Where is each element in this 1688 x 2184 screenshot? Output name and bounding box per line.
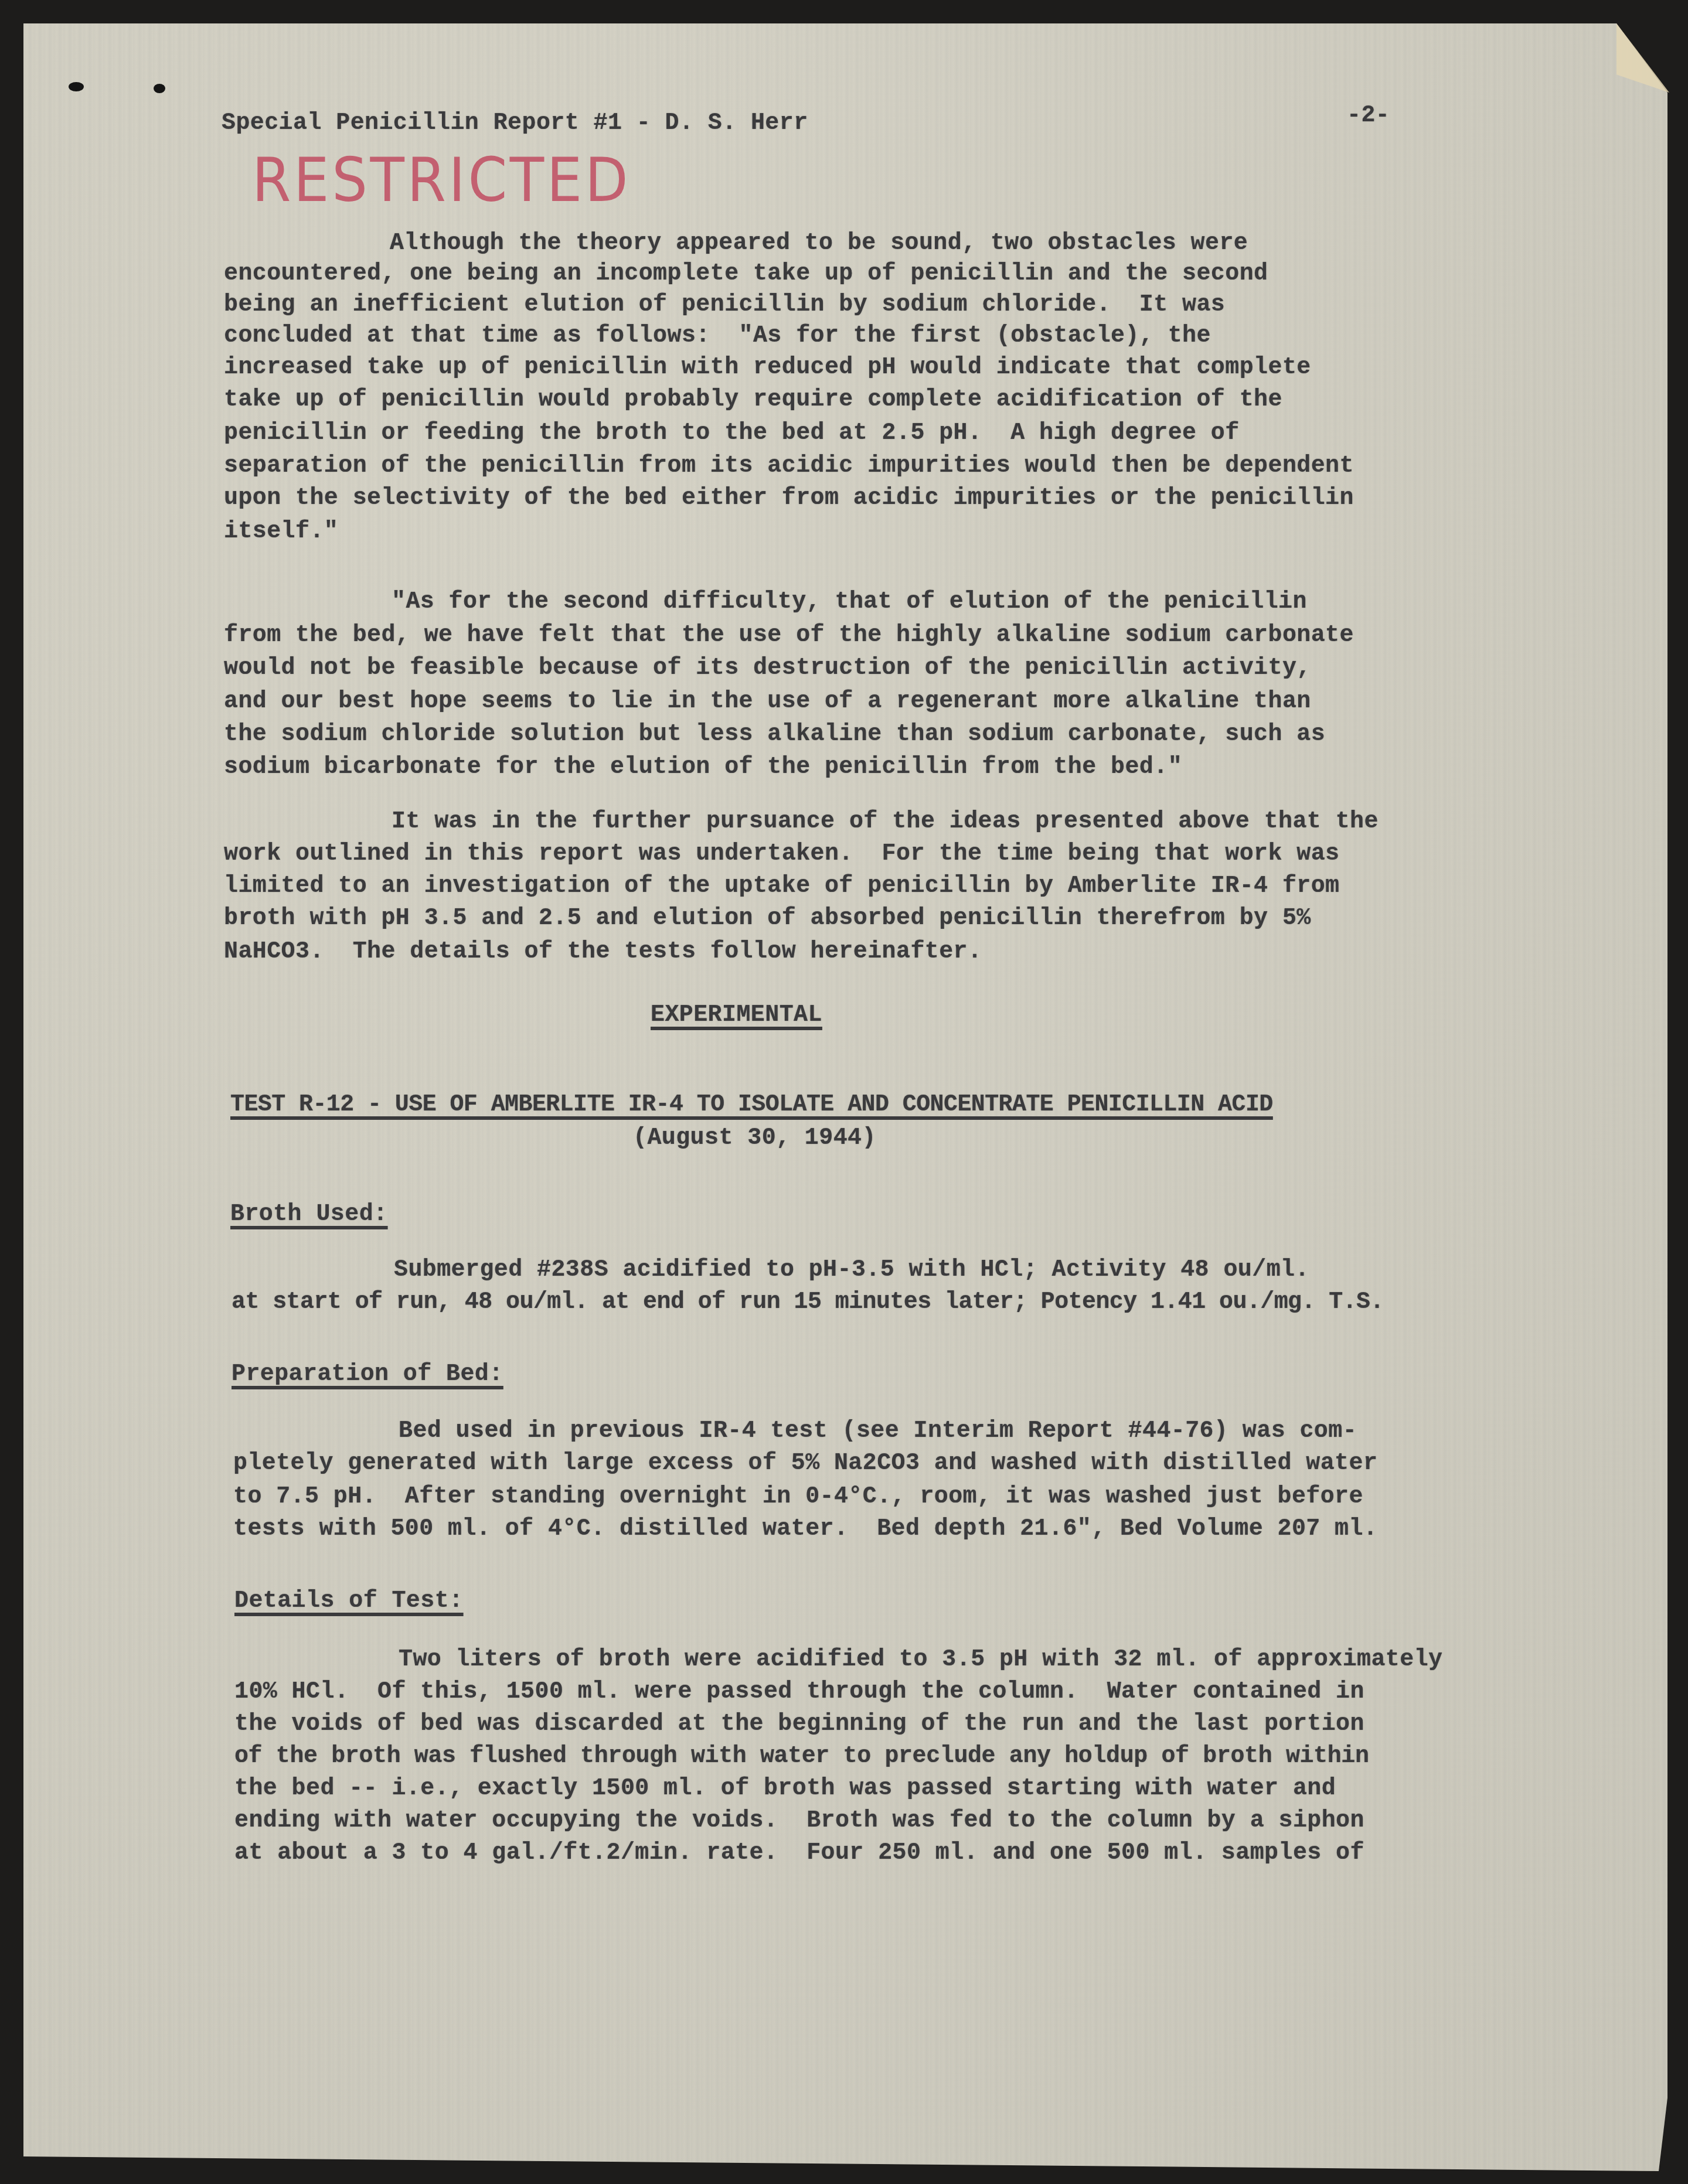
text-line: increased take up of penicillin with red… <box>224 352 1311 384</box>
details-of-test-heading: Details of Test: <box>234 1585 463 1617</box>
text-line: encountered, one being an incomplete tak… <box>224 258 1268 290</box>
text-line: to 7.5 pH. After standing overnight in 0… <box>233 1481 1363 1513</box>
text-line: being an inefficient elution of penicill… <box>224 289 1225 321</box>
text-line: 10% HCl. Of this, 1500 ml. were passed t… <box>234 1676 1364 1708</box>
text-line: from the bed, we have felt that the use … <box>224 619 1354 652</box>
text-line: take up of penicillin would probably req… <box>224 384 1282 416</box>
text-line: at start of run, 48 ou/ml. at end of run… <box>232 1286 1384 1318</box>
text-line: the bed -- i.e., exactly 1500 ml. of bro… <box>234 1773 1336 1805</box>
text-line: Although the theory appeared to be sound… <box>390 227 1248 260</box>
text-line: and our best hope seems to lie in the us… <box>224 686 1311 718</box>
broth-used-heading: Broth Used: <box>230 1198 387 1231</box>
text-line: Bed used in previous IR-4 test (see Inte… <box>399 1415 1357 1447</box>
text-line: NaHCO3. The details of the tests follow … <box>224 936 982 968</box>
text-line: limited to an investigation of the uptak… <box>224 870 1340 902</box>
text-line: penicillin or feeding the broth to the b… <box>224 417 1240 449</box>
text-line: separation of the penicillin from its ac… <box>224 450 1354 482</box>
punch-hole-mark <box>69 82 84 91</box>
text-line: broth with pH 3.5 and 2.5 and elution of… <box>224 902 1311 935</box>
restricted-stamp: RESTRICTED <box>252 149 631 210</box>
report-header-title: Special Penicillin Report #1 - D. S. Her… <box>222 107 808 139</box>
text-line: of the broth was flushed through with wa… <box>234 1740 1369 1773</box>
text-line: Two liters of broth were acidified to 3.… <box>399 1644 1443 1676</box>
preparation-of-bed-heading: Preparation of Bed: <box>232 1358 503 1391</box>
test-title: TEST R-12 - USE OF AMBERLITE IR-4 TO ISO… <box>230 1089 1273 1121</box>
text-line: pletely generated with large excess of 5… <box>233 1447 1377 1480</box>
text-line: ending with water occupying the voids. B… <box>234 1805 1364 1837</box>
text-line: tests with 500 ml. of 4°C. distilled wat… <box>233 1513 1377 1545</box>
text-line: Submerged #238S acidified to pH-3.5 with… <box>394 1254 1309 1286</box>
text-line: the sodium chloride solution but less al… <box>224 718 1325 751</box>
text-line: upon the selectivity of the bed either f… <box>224 482 1354 515</box>
experimental-heading: EXPERIMENTAL <box>651 999 822 1031</box>
text-line: It was in the further pursuance of the i… <box>392 806 1379 838</box>
punch-hole-mark <box>154 84 165 93</box>
text-line: sodium bicarbonate for the elution of th… <box>224 751 1182 783</box>
test-date: (August 30, 1944) <box>633 1122 876 1154</box>
page-number: -2- <box>1347 100 1390 132</box>
text-line: concluded at that time as follows: "As f… <box>224 320 1211 352</box>
text-line: "As for the second difficulty, that of e… <box>392 586 1307 618</box>
text-line: at about a 3 to 4 gal./ft.2/min. rate. F… <box>234 1837 1364 1869</box>
text-line: the voids of bed was discarded at the be… <box>234 1708 1364 1740</box>
text-line: work outlined in this report was underta… <box>224 838 1340 870</box>
text-line: itself." <box>224 516 338 548</box>
text-line: would not be feasible because of its des… <box>224 652 1311 684</box>
